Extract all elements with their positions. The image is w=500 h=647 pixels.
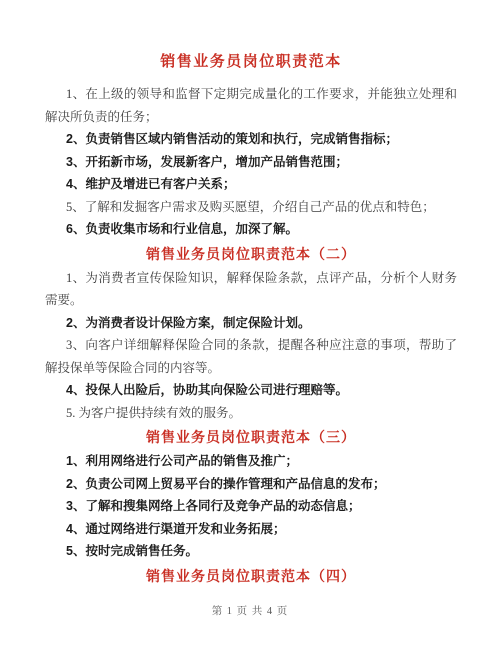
list-item: 2、为消费者设计保险方案，制定保险计划。 bbox=[45, 312, 457, 335]
list-item: 2、负责公司网上贸易平台的操作管理和产品信息的发布； bbox=[45, 473, 457, 496]
list-item: 1、在上级的领导和监督下定期完成量化的工作要求，并能独立处理和解决所负责的任务； bbox=[45, 83, 457, 128]
list-item: 5、了解和发掘客户需求及购买愿望，介绍自己产品的优点和特色； bbox=[45, 196, 457, 219]
list-item: 1、为消费者宣传保险知识，解释保险条款，点评产品，分析个人财务需要。 bbox=[45, 267, 457, 312]
list-item: 5、按时完成销售任务。 bbox=[45, 540, 457, 563]
list-item: 2、负责销售区域内销售活动的策划和执行，完成销售指标； bbox=[45, 128, 457, 151]
list-item: 3、了解和搜集网络上各同行及竞争产品的动态信息； bbox=[45, 495, 457, 518]
section-heading: 销售业务员岗位职责范本（二） bbox=[45, 243, 457, 266]
list-item: 3、开拓新市场，发展新客户，增加产品销售范围； bbox=[45, 151, 457, 174]
section-heading: 销售业务员岗位职责范本（三） bbox=[45, 426, 457, 449]
list-item: 1、利用网络进行公司产品的销售及推广； bbox=[45, 450, 457, 473]
section-heading: 销售业务员岗位职责范本（四） bbox=[45, 565, 457, 588]
page-footer: 第 1 页 共 4 页 bbox=[0, 603, 500, 618]
list-item: 5. 为客户提供持续有效的服务。 bbox=[45, 402, 457, 425]
list-item: 4、维护及增进已有客户关系； bbox=[45, 173, 457, 196]
list-item: 4、投保人出险后，协助其向保险公司进行理赔等。 bbox=[45, 379, 457, 402]
list-item: 4、通过网络进行渠道开发和业务拓展； bbox=[45, 518, 457, 541]
document-page: 销售业务员岗位职责范本 1、在上级的领导和监督下定期完成量化的工作要求，并能独立… bbox=[0, 0, 500, 647]
document-title: 销售业务员岗位职责范本 bbox=[45, 51, 457, 73]
list-item: 6、负责收集市场和行业信息，加深了解。 bbox=[45, 218, 457, 241]
list-item: 3、向客户详细解释保险合同的条款，提醒各种应注意的事项，帮助了解投保单等保险合同… bbox=[45, 334, 457, 379]
